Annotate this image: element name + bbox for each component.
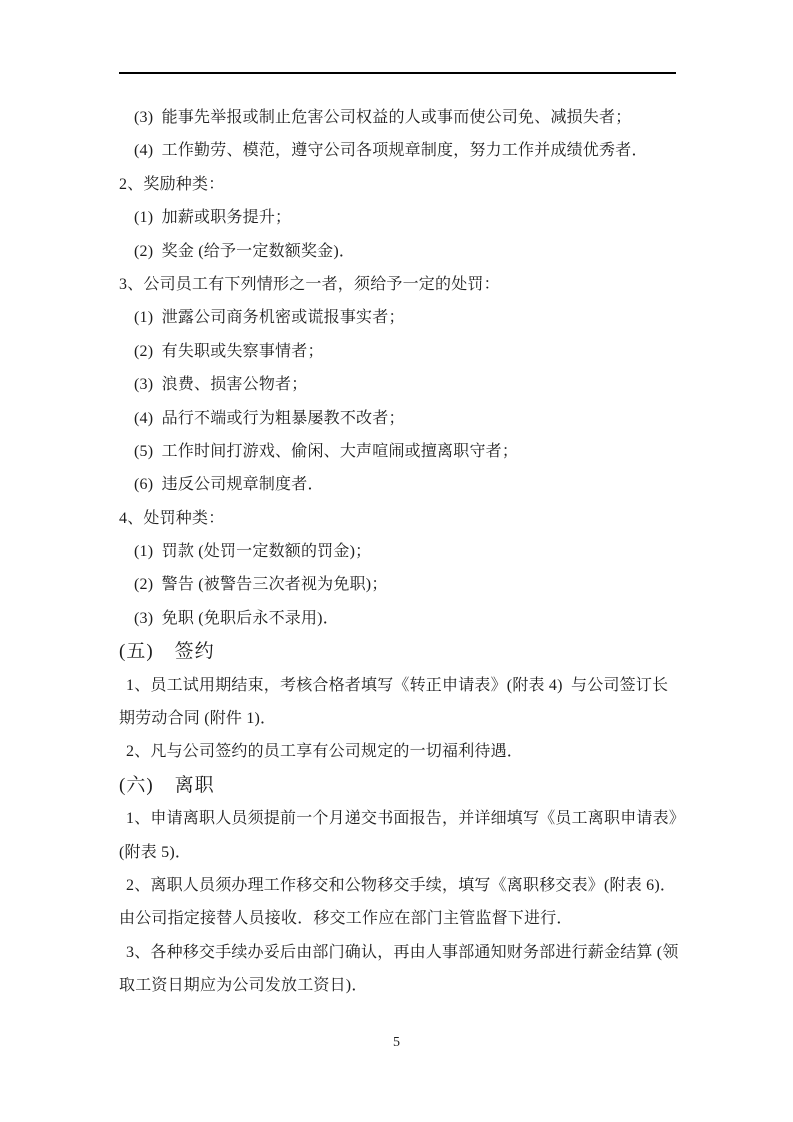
doc-line: (1) 加薪或职务提升；	[119, 201, 681, 234]
doc-line: 1、申请离职人员须提前一个月递交书面报告，并详细填写《员工离职申请表》	[119, 802, 681, 835]
doc-line: (3) 免职 (免职后永不录用)．	[119, 602, 681, 635]
doc-line: 取工资日期应为公司发放工资日)．	[119, 969, 681, 1002]
doc-line: (2) 警告 (被警告三次者视为免职)；	[119, 568, 681, 601]
doc-line: (2) 奖金 (给予一定数额奖金)．	[119, 235, 681, 268]
doc-line: 2、凡与公司签约的员工享有公司规定的一切福利待遇．	[119, 735, 681, 768]
section-title: 签约	[175, 641, 215, 662]
header-rule	[119, 72, 676, 74]
section-number: (六)	[119, 775, 154, 796]
doc-line: 4、处罚种类：	[119, 502, 681, 535]
doc-line: (2) 有失职或失察事情者；	[119, 335, 681, 368]
doc-line: 2、奖励种类：	[119, 168, 681, 201]
section-heading: (五)签约	[119, 635, 681, 668]
doc-line: (5) 工作时间打游戏、偷闲、大声喧闹或擅离职守者；	[119, 435, 681, 468]
doc-line: 期劳动合同 (附件 1)．	[119, 702, 681, 735]
doc-line: 1、员工试用期结束，考核合格者填写《转正申请表》(附表 4) 与公司签订长	[119, 669, 681, 702]
doc-line: 2、离职人员须办理工作移交和公物移交手续，填写《离职移交表》(附表 6)．	[119, 869, 681, 902]
doc-line: (4) 工作勤劳、模范，遵守公司各项规章制度，努力工作并成绩优秀者．	[119, 134, 681, 167]
section-number: (五)	[119, 641, 154, 662]
page-number: 5	[0, 1033, 793, 1053]
doc-line: (3) 浪费、损害公物者；	[119, 368, 681, 401]
doc-line: (4) 品行不端或行为粗暴屡教不改者；	[119, 402, 681, 435]
section-heading: (六)离职	[119, 769, 681, 802]
doc-line: 3、公司员工有下列情形之一者，须给予一定的处罚：	[119, 268, 681, 301]
doc-line: (3) 能事先举报或制止危害公司权益的人或事而使公司免、减损失者；	[119, 101, 681, 134]
doc-line: 3、各种移交手续办妥后由部门确认，再由人事部通知财务部进行薪金结算 (领	[119, 936, 681, 969]
doc-line: 由公司指定接替人员接收．移交工作应在部门主管监督下进行．	[119, 902, 681, 935]
doc-line: (1) 罚款 (处罚一定数额的罚金)；	[119, 535, 681, 568]
doc-body: (3) 能事先举报或制止危害公司权益的人或事而使公司免、减损失者；(4) 工作勤…	[119, 101, 681, 1003]
document-page: (3) 能事先举报或制止危害公司权益的人或事而使公司免、减损失者；(4) 工作勤…	[0, 0, 793, 1122]
doc-line: (附表 5)．	[119, 836, 681, 869]
section-title: 离职	[175, 775, 215, 796]
doc-line: (6) 违反公司规章制度者．	[119, 468, 681, 501]
doc-line: (1) 泄露公司商务机密或谎报事实者；	[119, 301, 681, 334]
